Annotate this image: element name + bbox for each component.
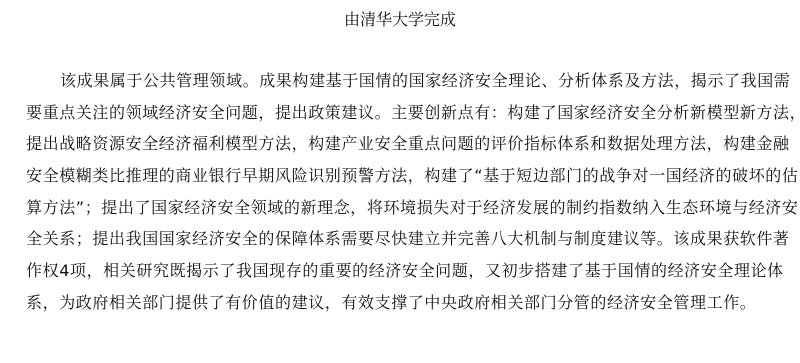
paragraph-line: 提出战略资源安全经济福利模型方法，构建产业安全重点问题的评价指标体系和数据处理方… [26,128,780,160]
paragraph-line: 全关系；提出我国国家经济安全的保障体系需要尽快建立并完善八大机制与制度建议等。该… [26,223,780,255]
document-title: 由清华大学完成 [0,9,800,31]
paragraph-line: 系，为政府相关部门提供了有价值的建议，有效支撑了中央政府相关部门分管的经济安全管… [26,287,780,319]
paragraph-line: 要重点关注的领域经济安全问题，提出政策建议。主要创新点有：构建了国家经济安全分析… [26,97,780,129]
paragraph-line: 安全模糊类比推理的商业银行早期风险识别预警方法，构建了“基于短边部门的战争对一国… [26,160,780,192]
paragraph-line: 该成果属于公共管理领域。成果构建基于国情的国家经济安全理论、分析体系及方法，揭示… [26,65,780,97]
paragraph-line: 作权4项，相关研究既揭示了我国现存的重要的经济安全问题，又初步搭建了基于国情的经… [26,255,780,287]
document-paragraph: 该成果属于公共管理领域。成果构建基于国情的国家经济安全理论、分析体系及方法，揭示… [26,65,780,319]
paragraph-line: 算方法”；提出了国家经济安全领域的新理念，将环境损失对于经济发展的制约指数纳入生… [26,192,780,224]
